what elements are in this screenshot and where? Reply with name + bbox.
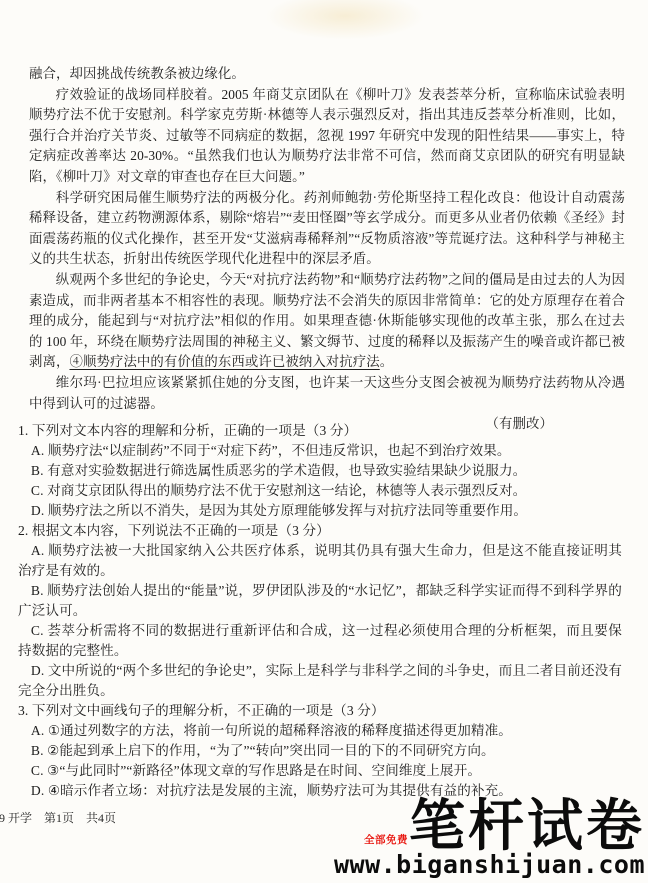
- passage-paragraph-continuation: 融合，却因挑战传统教条被边缘化。: [29, 64, 625, 85]
- reading-passage: 融合，却因挑战传统教条被边缘化。 疗效验证的战场同样胶着。2005 年商艾京团队…: [29, 64, 625, 435]
- scanned-exam-page: 融合，却因挑战传统教条被边缘化。 疗效验证的战场同样胶着。2005 年商艾京团队…: [0, 0, 648, 883]
- passage-paragraph: 维尔玛·巴拉坦应该紧紧抓住她的分支图，也许某一天这些分支图会被视为顺势疗法药物从…: [29, 373, 625, 414]
- passage-paragraph: 纵观两个多世纪的争论史，今天“对抗疗法药物”和“顺势疗法药物”之间的僵局是由过去…: [29, 270, 625, 373]
- question-1: 1. 下列对文本内容的理解和分析，正确的一项是（3 分） A. 顺势疗法“以症制…: [18, 421, 622, 521]
- question-stem: 2. 根据文本内容，下列说法不正确的一项是（3 分）: [18, 521, 622, 541]
- watermark-url: www.biganshijuan.com: [334, 852, 645, 878]
- watermark-top-row: 全部免费 笔杆试卷: [334, 800, 645, 852]
- page-footer: 09 开学 第1页 共4页: [0, 809, 116, 826]
- question-option-a: A. ①通过列数字的方法，将前一句所说的超稀释溶液的稀释度描述得更加精准。: [18, 721, 622, 741]
- watermark-brand: 笔杆试卷: [409, 800, 645, 852]
- questions-section: 1. 下列对文本内容的理解和分析，正确的一项是（3 分） A. 顺势疗法“以症制…: [18, 421, 622, 801]
- question-option-a: A. 顺势疗法“以症制药”不同于“对症下药”，不但违反常识，也起不到治疗效果。: [18, 441, 622, 461]
- passage-text: 。: [380, 354, 394, 369]
- watermark-free-label: 全部免费: [364, 835, 408, 846]
- question-stem: 1. 下列对文本内容的理解和分析，正确的一项是（3 分）: [18, 421, 622, 441]
- question-2: 2. 根据文本内容，下列说法不正确的一项是（3 分） A. 顺势疗法被一大批国家…: [18, 521, 622, 701]
- question-option-c: C. ③“与此同时”“新路径”体现文章的写作思路是在时间、空间维度上展开。: [18, 761, 622, 781]
- question-option-b: B. ②能起到承上启下的作用，“为了”“转向”突出同一目的下的不同研究方向。: [18, 741, 622, 761]
- question-option-b: B. 顺势疗法创始人提出的“能量”说，罗伊团队涉及的“水记忆”，都缺乏科学实证而…: [18, 581, 622, 621]
- question-option-c: C. 荟萃分析需将不同的数据进行重新评估和合成，这一过程必须使用合理的分析框架，…: [18, 621, 622, 661]
- question-option-b: B. 有意对实验数据进行筛选属性质恶劣的学术造假，也导致实验结果缺少说服力。: [18, 461, 622, 481]
- question-option-c: C. 对商艾京团队得出的顺势疗法不优于安慰剂这一结论，林德等人表示强烈反对。: [18, 481, 622, 501]
- passage-paragraph: 疗效验证的战场同样胶着。2005 年商艾京团队在《柳叶刀》发表荟萃分析，宣称临床…: [29, 85, 625, 188]
- watermark: 全部免费 笔杆试卷 www.biganshijuan.com: [334, 800, 645, 878]
- question-option-d: D. 文中所说的“两个多世纪的争论史”，实际上是科学与非科学之间的斗争史，而且二…: [18, 661, 622, 701]
- passage-paragraph: 科学研究困局催生顺势疗法的两极分化。药剂师鲍勃·劳伦斯坚持工程化改良：他设计自动…: [29, 188, 625, 270]
- question-stem: 3. 下列对文中画线句子的理解分析，不正确的一项是（3 分）: [18, 701, 622, 721]
- question-3: 3. 下列对文中画线句子的理解分析，不正确的一项是（3 分） A. ①通过列数字…: [18, 701, 622, 801]
- question-option-a: A. 顺势疗法被一大批国家纳入公共医疗体系，说明其仍具有强大生命力，但是这不能直…: [18, 541, 622, 581]
- underlined-sentence-4: ④顺势疗法中的有价值的东西或许已被纳入对抗疗法: [69, 354, 379, 369]
- question-option-d: D. 顺势疗法之所以不消失，是因为其处方原理能够发挥与对抗疗法同等重要作用。: [18, 501, 622, 521]
- scan-artifact-smudge: [265, 0, 425, 40]
